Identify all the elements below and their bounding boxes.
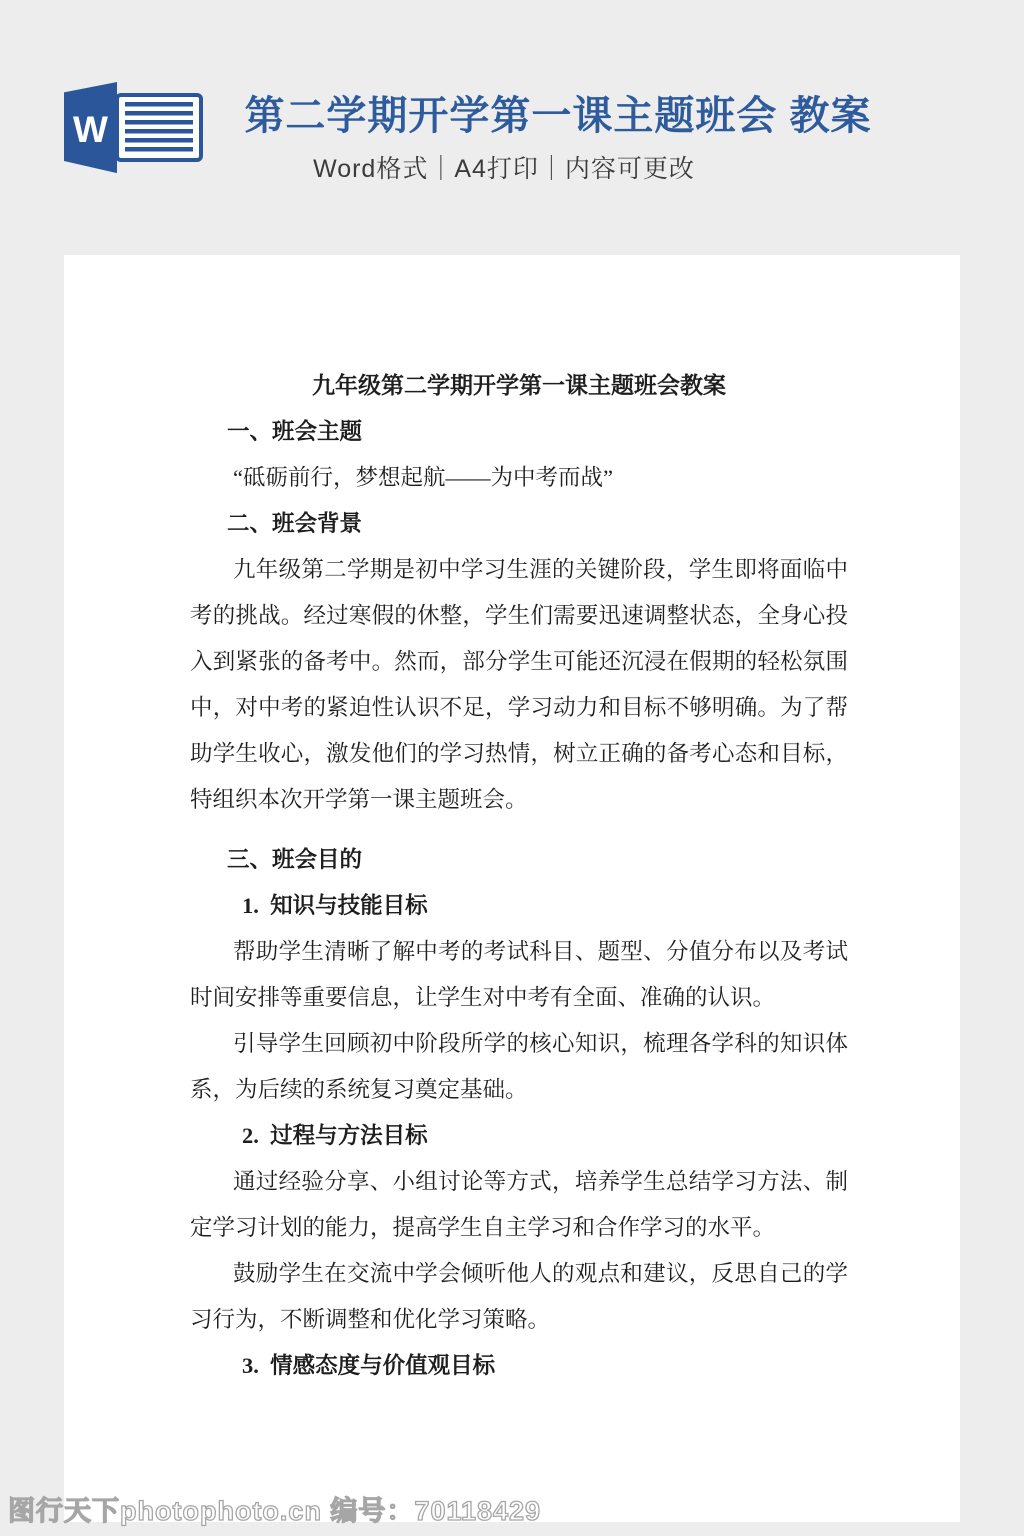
document-title: 九年级第二学期开学第一课主题班会教案: [190, 363, 848, 409]
doc-paragraph: “砥砺前行，梦想起航——为中考而战”: [190, 455, 848, 501]
site-watermark: 图行天下photophoto.cn 编号：70118429: [8, 1489, 541, 1528]
word-icon-letter: W: [73, 111, 108, 148]
doc-heading: 二、班会背景: [190, 501, 848, 547]
doc-paragraph: 引导学生回顾初中阶段所学的核心知识，梳理各学科的知识体系，为后续的系统复习奠定基…: [190, 1021, 848, 1113]
doc-paragraph: 帮助学生清晰了解中考的考试科目、题型、分值分布以及考试时间安排等重要信息，让学生…: [190, 929, 848, 1021]
doc-paragraph: 鼓励学生在交流中学会倾听他人的观点和建议，反思自己的学习行为，不断调整和优化学习…: [190, 1251, 848, 1343]
doc-paragraph: 通过经验分享、小组讨论等方式，培养学生总结学习方法、制定学习计划的能力，提高学生…: [190, 1159, 848, 1251]
document-page: 九年级第二学期开学第一课主题班会教案 一、班会主题 “砥砺前行，梦想起航——为中…: [64, 255, 960, 1522]
page-background: W 第二学期开学第一课主题班会 教案 Word格式｜A4打印｜内容可更改 九年级…: [0, 0, 1024, 1536]
header-title: 第二学期开学第一课主题班会 教案: [200, 95, 916, 137]
word-icon-document-sheet: [115, 93, 203, 162]
doc-subheading: 1. 知识与技能目标: [190, 883, 848, 929]
doc-subheading: 2. 过程与方法目标: [190, 1113, 848, 1159]
doc-heading: 三、班会目的: [190, 837, 848, 883]
word-icon-text-lines: [125, 102, 193, 153]
header-subtitle: Word格式｜A4打印｜内容可更改: [64, 154, 944, 184]
doc-heading: 一、班会主题: [190, 409, 848, 455]
doc-paragraph: 九年级第二学期是初中学习生涯的关键阶段，学生即将面临中考的挑战。经过寒假的休整，…: [190, 547, 848, 823]
doc-subheading: 3. 情感态度与价值观目标: [190, 1343, 848, 1389]
